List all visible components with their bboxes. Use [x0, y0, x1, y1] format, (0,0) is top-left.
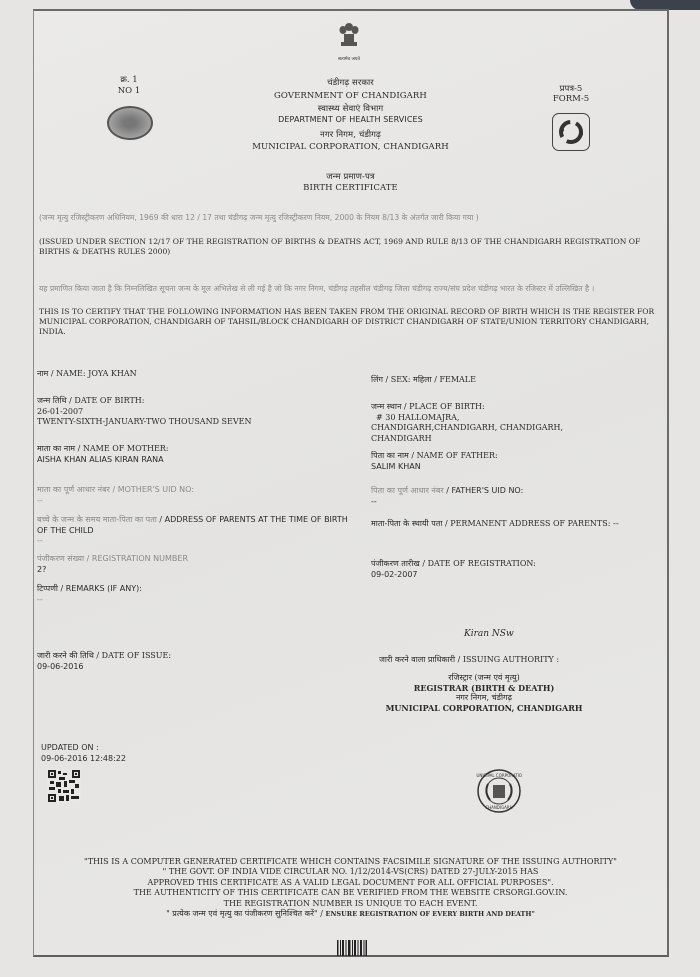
- authority-block: रजिस्ट्रार (जन्म एवं मृत्यु) REGISTRAR (…: [364, 673, 604, 713]
- name-value: JOYA KHAN: [88, 369, 136, 378]
- birth-certificate-page: सत्यमेव जयते क्र. 1 NO 1 प्रपत्र-5 FORM-…: [33, 9, 669, 957]
- qr-code-icon: [47, 769, 81, 803]
- issue-date-field: जारी करने की तिथि / DATE OF ISSUE: 09-06…: [37, 651, 171, 672]
- father-name-field: पिता का नाम / NAME OF FATHER: SALIM KHAN: [371, 451, 498, 472]
- certify-hi: यह प्रमाणित किया जाता है कि निम्नलिखित स…: [39, 284, 659, 294]
- footer-notice: "THIS IS A COMPUTER GENERATED CERTIFICAT…: [34, 857, 667, 919]
- issue-date-value: 09-06-2016: [37, 662, 171, 673]
- registration-date-field: पंजीकरण तारीख / DATE OF REGISTRATION: 09…: [371, 559, 536, 580]
- registration-number-value: 2?: [37, 565, 188, 576]
- dept-hi: स्वास्थ्य सेवाएं विभाग: [34, 103, 667, 114]
- page-title: BIRTH CERTIFICATE: [34, 183, 667, 193]
- remarks-field: टिप्पणी / REMARKS (IF ANY): --: [37, 584, 142, 605]
- svg-text:MUNICIPAL CORPORATION: MUNICIPAL CORPORATION: [476, 773, 522, 778]
- dob-words: TWENTY-SIXTH-JANUARY-TWO THOUSAND SEVEN: [37, 417, 251, 428]
- updated-on: UPDATED ON : 09-06-2016 12:48:22: [41, 743, 126, 764]
- address-at-birth-field: बच्चे के जन्म के समय माता-पिता का पता / …: [37, 515, 357, 547]
- father-name-value: SALIM KHAN: [371, 462, 498, 473]
- sex-value: FEMALE: [439, 375, 476, 384]
- mother-name-field: माता का नाम / NAME OF MOTHER: AISHA KHAN…: [37, 444, 169, 465]
- updated-on-value: 09-06-2016 12:48:22: [41, 754, 126, 765]
- national-emblem-icon: [334, 21, 364, 55]
- name-field: नाम / NAME: JOYA KHAN: [37, 369, 137, 380]
- certify-en: THIS IS TO CERTIFY THAT THE FOLLOWING IN…: [39, 307, 659, 337]
- permanent-address-field: माता-पिता के स्थायी पता / PERMANENT ADDR…: [371, 519, 619, 530]
- gov-hi: चंडीगढ़ सरकार: [34, 77, 667, 88]
- svg-text:CHANDIGARH: CHANDIGARH: [485, 805, 512, 810]
- corp-en: MUNICIPAL CORPORATION, CHANDIGARH: [34, 142, 667, 152]
- issuing-authority-label: जारी करने वाला प्राधिकारी / ISSUING AUTH…: [379, 655, 559, 666]
- dob-field: जन्म तिथि / DATE OF BIRTH: 26-01-2007 TW…: [37, 396, 251, 428]
- mother-uid-field: माता का पूर्ण आधार नंबर / MOTHER'S UID N…: [37, 485, 194, 506]
- issued-under-en: (ISSUED UNDER SECTION 12/17 OF THE REGIS…: [39, 237, 659, 257]
- municipal-stamp-icon: MUNICIPAL CORPORATION CHANDIGARH: [476, 768, 522, 814]
- emblem-caption: सत्यमेव जयते: [319, 56, 379, 62]
- place-of-birth-field: जन्म स्थान / PLACE OF BIRTH: # 30 HALLOM…: [371, 402, 563, 444]
- signature: Kiran NSw: [464, 629, 514, 639]
- corp-hi: नगर निगम, चंडीगढ़: [34, 129, 667, 140]
- dob-value: 26-01-2007: [37, 407, 251, 418]
- registration-date-value: 09-02-2007: [371, 570, 536, 581]
- sex-field: लिंग / SEX: महिला / FEMALE: [371, 375, 476, 386]
- issued-under-hi: (जन्म मृत्यु रजिस्ट्रीकरण अधिनियम, 1969 …: [39, 213, 659, 223]
- father-uid-field: पिता का पूर्ण आधार नंबर / FATHER'S UID N…: [371, 486, 523, 507]
- mother-name-value: AISHA KHAN ALIAS KIRAN RANA: [37, 455, 169, 466]
- dept-en: DEPARTMENT OF HEALTH SERVICES: [34, 115, 667, 124]
- registration-number-field: पंजीकरण संख्या / REGISTRATION NUMBER 2?: [37, 554, 188, 575]
- gov-en: GOVERNMENT OF CHANDIGARH: [34, 91, 667, 101]
- title-hi: जन्म प्रमाण-पत्र: [34, 171, 667, 182]
- barcode-icon: [337, 940, 367, 956]
